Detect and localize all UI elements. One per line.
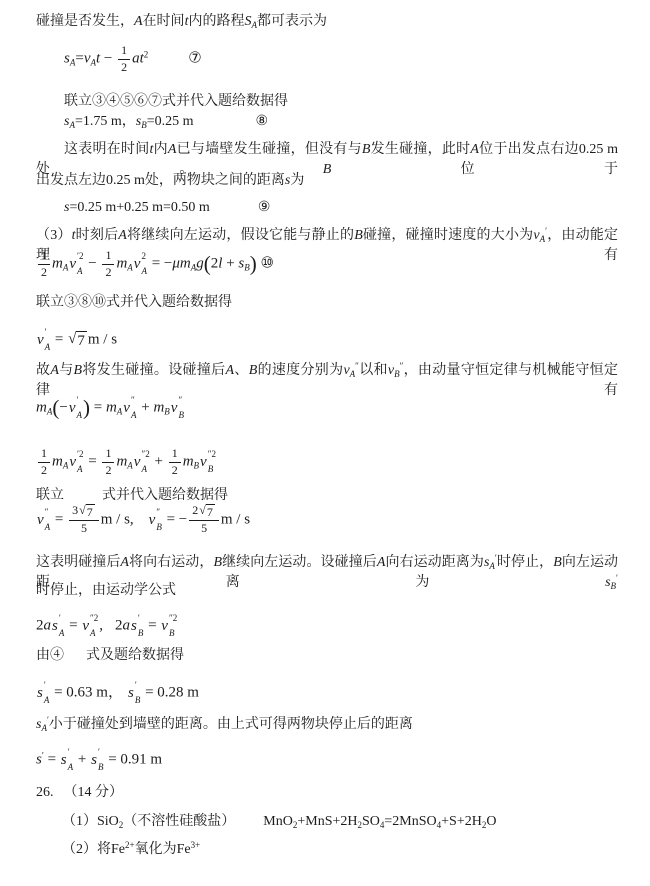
q26-2: （2）将Fe2+氧化为Fe3+ [62, 840, 618, 860]
sub-sup-variable: v″2B [200, 449, 216, 475]
sub-sup-variable: v″A [123, 395, 136, 421]
fraction: 12 [102, 447, 114, 478]
square-root: √7 [68, 331, 87, 350]
sub-sup-variable: v″A [37, 507, 50, 533]
sub-sup-variable: v″2B [161, 613, 177, 639]
q26-1: （1）SiO2（不溶性硅酸盐）MnO2+MnS+2H2SO4=2MnSO4+S+… [62, 812, 618, 832]
sub-sup-variable: v′2A [69, 251, 83, 277]
sub-sup-variable: s′B [91, 747, 103, 773]
sub-sup-variable: s′B [131, 613, 143, 639]
line-combine-3810: 联立③⑧⑩式并代入题给数据得 [36, 293, 618, 313]
formula-momentum: mA(−v′A) = mAv″A + mBv″B [36, 395, 618, 421]
formula-vA-sqrt7: v′A = √7m / s [36, 327, 618, 353]
sub-sup-variable: v″B [171, 395, 184, 421]
formula-energy: 12mAv′2A = 12mAv″2A + 12mBv″2B [36, 447, 618, 478]
para-after-collision-2: 时停止，由运动学公式 [36, 581, 618, 601]
sub-sup-variable: v″B [149, 507, 162, 533]
formula-8: sA=1.75 m，sB=0.25 m⑧ [64, 113, 618, 131]
fraction: 2√75 [189, 504, 219, 536]
fraction: 3√75 [69, 504, 99, 536]
para-less-than: sA′小于碰撞处到墙壁的距离。由上式可得两物块停止后的距离 [36, 715, 618, 735]
formula-7: sA=vAt − 12at2⑦ [64, 44, 618, 75]
document-page: 碰撞是否发生，A在时间t内的路程SA都可表示为sA=vAt − 12at2⑦联立… [0, 0, 650, 886]
formula-9: s=0.25 m+0.25 m=0.50 m⑨ [64, 199, 618, 217]
formula-total-distance: s′ = s′A + s′B = 0.91 m [36, 747, 618, 773]
sub-sup-variable: s′B [128, 680, 140, 706]
square-root: √7 [79, 504, 95, 519]
sub-sup-variable: v′2A [69, 449, 83, 475]
formula-kinematics: 2as′A = v″2A,2as′B = v″2B [36, 613, 618, 639]
fraction: 12 [38, 447, 50, 478]
square-root: √7 [199, 504, 215, 519]
sub-sup-variable: s′A [52, 613, 64, 639]
fraction: 12 [38, 249, 50, 280]
para-collision-intro: 碰撞是否发生，A在时间t内的路程SA都可表示为 [36, 12, 618, 32]
sub-sup-variable: v″2A [82, 613, 98, 639]
formula-distances: s′A = 0.63 m，s′B = 0.28 m [36, 680, 618, 706]
para-wall-collision-2: 出发点左边0.25 m处，两物块之间的距离s为 [36, 171, 618, 191]
q26-header: 26.（14 分） [36, 783, 618, 803]
fraction: 12 [169, 447, 181, 478]
fraction: 12 [102, 249, 114, 280]
sub-sup-variable: s′A [61, 747, 73, 773]
formula-10: 12mAv′2A − 12mAv2A = −μmAg(2l + sB) ⑩ [36, 249, 618, 280]
line-combine-34567: 联立③④⑤⑥⑦式并代入题给数据得 [64, 92, 618, 112]
sub-sup-variable: v″2A [134, 449, 150, 475]
formula-speeds: v″A = 3√75m / s,v″B = −2√75m / s [36, 504, 618, 536]
sub-sup-variable: v′A [69, 395, 82, 421]
sub-sup-variable: s′A [37, 680, 49, 706]
sub-sup-variable: v2A [134, 251, 147, 277]
sub-sup-variable: v′A [37, 327, 50, 353]
fraction: 12 [118, 44, 130, 75]
line-from-4: 由④式及题给数据得 [36, 646, 618, 666]
